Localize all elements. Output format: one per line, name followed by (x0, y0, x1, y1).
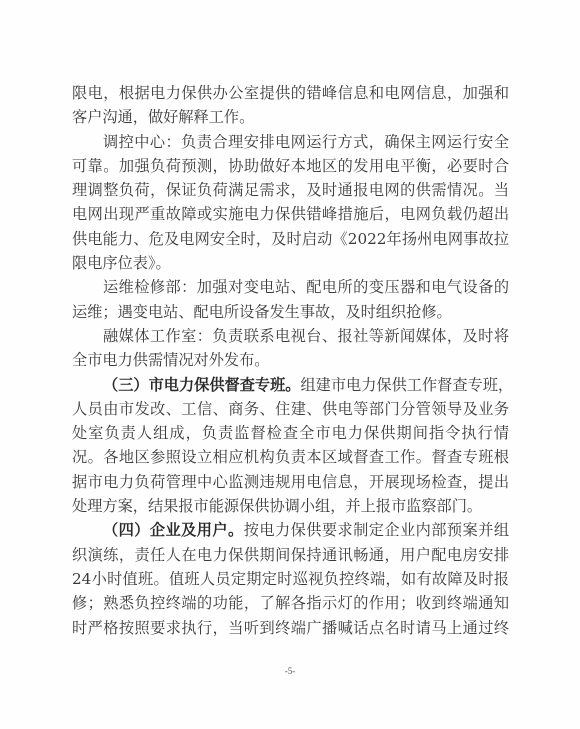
text-line: 融媒体工作室：负责联系电视台、报社等新闻媒体，及时将 (72, 324, 509, 348)
section-heading-supervision: （三）市电力保供督查专班。 (103, 376, 300, 394)
text-span: 按电力保供要求制定企业内部预案并组 (244, 521, 509, 539)
text-line: 运维检修部：加强对变电站、配电所的变压器和电气设备的 (72, 275, 509, 299)
document-page: 限电，根据电力保供办公室提供的错峰信息和电网信息，加强和 客户沟通，做好解释工作… (0, 0, 580, 729)
text-line: 客户沟通，做好解释工作。 (72, 105, 509, 129)
page-number: -5- (0, 666, 580, 676)
text-line: 况。各地区参照设立相应机构负责本区域督查工作。督查专班根 (72, 445, 509, 469)
text-line: 运维；遇变电站、配电所设备发生事故，及时组织抢修。 (72, 300, 509, 324)
text-span: 组建市电力保供工作督查专班， (300, 376, 513, 394)
text-line: 修；熟悉负控终端的功能，了解各指示灯的作用；收到终端通知 (72, 591, 509, 615)
text-line: （三）市电力保供督查专班。组建市电力保供工作督查专班， (72, 373, 509, 397)
body-text: 限电，根据电力保供办公室提供的错峰信息和电网信息，加强和 客户沟通，做好解释工作… (72, 81, 509, 640)
text-line: 电网出现严重故障或实施电力保供错峰措施后，电网负载仍超出 (72, 202, 509, 226)
text-line: 处室负责人组成，负责监督检查全市电力保供期间指令执行情 (72, 421, 509, 445)
text-line: 可靠。加强负荷预测，协助做好本地区的发用电平衡，必要时合 (72, 154, 509, 178)
text-line: 理调整负荷，保证负荷满足需求，及时通报电网的供需情况。当 (72, 178, 509, 202)
section-heading-enterprises: （四）企业及用户。 (103, 521, 244, 539)
text-line: 时严格按照要求执行，当听到终端广播喊话点名时请马上通过终 (72, 616, 509, 640)
text-line: 供电能力、危及电网安全时，及时启动《2022年扬州电网事故拉 (72, 227, 509, 251)
text-line: 限电序位表》。 (72, 251, 509, 275)
text-line: 24小时值班。值班人员定期定时巡视负控终端，如有故障及时报 (72, 567, 509, 591)
text-line: 处理方案，结果报市能源保供协调小组，并上报市监察部门。 (72, 494, 509, 518)
text-line: 人员由市发改、工信、商务、住建、供电等部门分管领导及业务 (72, 397, 509, 421)
text-line: 限电，根据电力保供办公室提供的错峰信息和电网信息，加强和 (72, 81, 509, 105)
text-line: （四）企业及用户。按电力保供要求制定企业内部预案并组 (72, 518, 509, 542)
text-line: 调控中心：负责合理安排电网运行方式，确保主网运行安全 (72, 130, 509, 154)
text-line: 据市电力负荷管理中心监测违规用电信息，开展现场检查，提出 (72, 470, 509, 494)
text-line: 全市电力供需情况对外发布。 (72, 348, 509, 372)
text-line: 织演练，责任人在电力保供期间保持通讯畅通，用户配电房安排 (72, 543, 509, 567)
